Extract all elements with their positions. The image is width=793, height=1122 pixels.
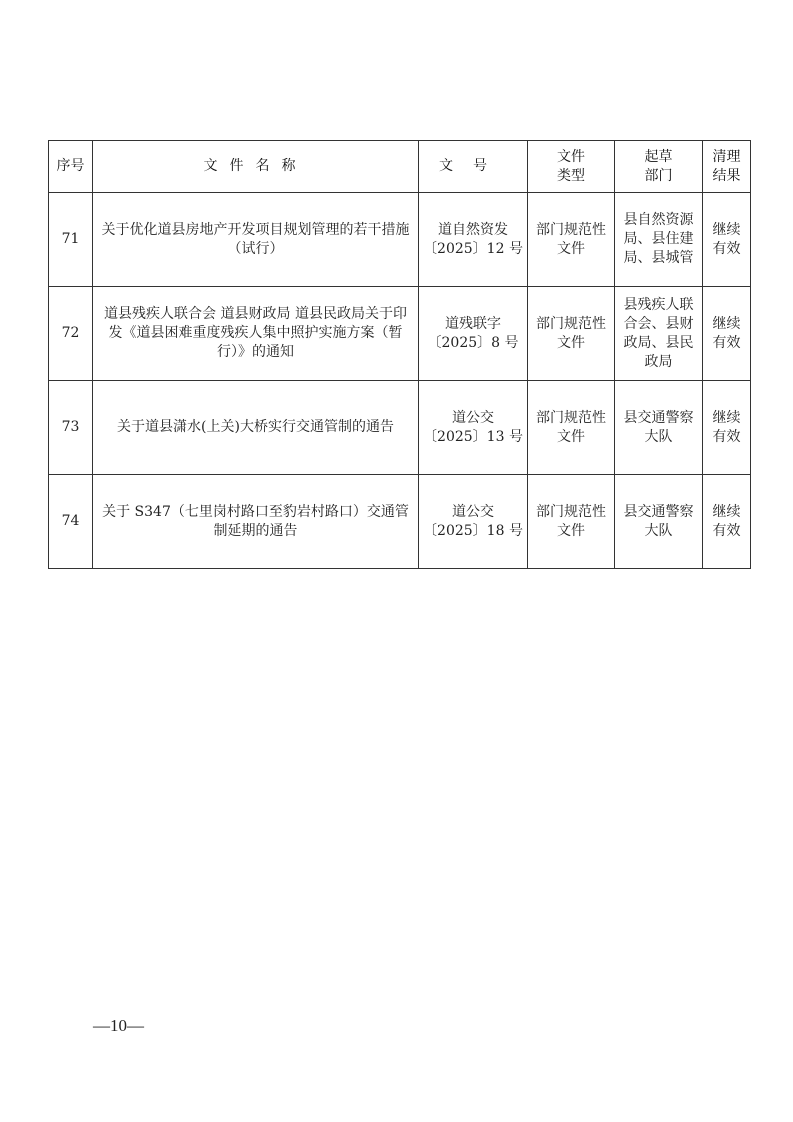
header-type: 文件 类型 [528,141,615,193]
row-seq: 74 [49,475,93,569]
header-doc-number: 文号 [419,141,528,193]
row-result: 继续有效 [703,287,751,381]
table-header-row: 序号 文件名称 文号 文件 类型 起草 部门 清理 结果 [49,141,751,193]
table-row: 73 关于道县潇水(上关)大桥实行交通管制的通告 道公交 〔2025〕13 号 … [49,381,751,475]
header-dept-line2: 部门 [619,167,698,186]
doc-number-line1: 道残联字 [423,315,523,334]
header-result-line2: 结果 [707,167,746,186]
row-result: 继续有效 [703,193,751,287]
row-type: 部门规范性文件 [528,193,615,287]
row-name: 关于道县潇水(上关)大桥实行交通管制的通告 [93,381,419,475]
document-list-table: 序号 文件名称 文号 文件 类型 起草 部门 清理 结果 71 关于优化道县房地… [48,140,751,569]
doc-number-line2: 〔2025〕8 号 [423,334,523,353]
table-row: 72 道县残疾人联合会 道县财政局 道县民政局关于印发《道县困难重度残疾人集中照… [49,287,751,381]
doc-number-line1: 道自然资发 [423,221,523,240]
row-name: 道县残疾人联合会 道县财政局 道县民政局关于印发《道县困难重度残疾人集中照护实施… [93,287,419,381]
header-dept: 起草 部门 [615,141,703,193]
row-seq: 72 [49,287,93,381]
row-doc-number: 道公交 〔2025〕18 号 [419,475,528,569]
doc-number-line2: 〔2025〕13 号 [423,428,523,447]
doc-number-line2: 〔2025〕12 号 [423,240,523,259]
table-row: 74 关于 S347（七里岗村路口至豹岩村路口）交通管制延期的通告 道公交 〔2… [49,475,751,569]
row-seq: 73 [49,381,93,475]
header-type-line2: 类型 [532,167,610,186]
row-type: 部门规范性文件 [528,287,615,381]
doc-number-line1: 道公交 [423,503,523,522]
header-result: 清理 结果 [703,141,751,193]
row-doc-number: 道残联字 〔2025〕8 号 [419,287,528,381]
row-type: 部门规范性文件 [528,381,615,475]
doc-number-line2: 〔2025〕18 号 [423,522,523,541]
row-type: 部门规范性文件 [528,475,615,569]
header-dept-line1: 起草 [619,148,698,167]
row-dept: 县残疾人联合会、县财政局、县民政局 [615,287,703,381]
row-dept: 县自然资源局、县住建局、县城管 [615,193,703,287]
row-dept: 县交通警察大队 [615,381,703,475]
row-doc-number: 道自然资发 〔2025〕12 号 [419,193,528,287]
row-result: 继续有效 [703,475,751,569]
row-result: 继续有效 [703,381,751,475]
header-result-line1: 清理 [707,148,746,167]
doc-number-line1: 道公交 [423,409,523,428]
row-dept: 县交通警察大队 [615,475,703,569]
row-doc-number: 道公交 〔2025〕13 号 [419,381,528,475]
row-seq: 71 [49,193,93,287]
table-row: 71 关于优化道县房地产开发项目规划管理的若干措施（试行） 道自然资发 〔202… [49,193,751,287]
page-number: —10— [93,1016,144,1036]
row-name: 关于优化道县房地产开发项目规划管理的若干措施（试行） [93,193,419,287]
header-name: 文件名称 [93,141,419,193]
header-type-line1: 文件 [532,148,610,167]
header-seq: 序号 [49,141,93,193]
row-name: 关于 S347（七里岗村路口至豹岩村路口）交通管制延期的通告 [93,475,419,569]
